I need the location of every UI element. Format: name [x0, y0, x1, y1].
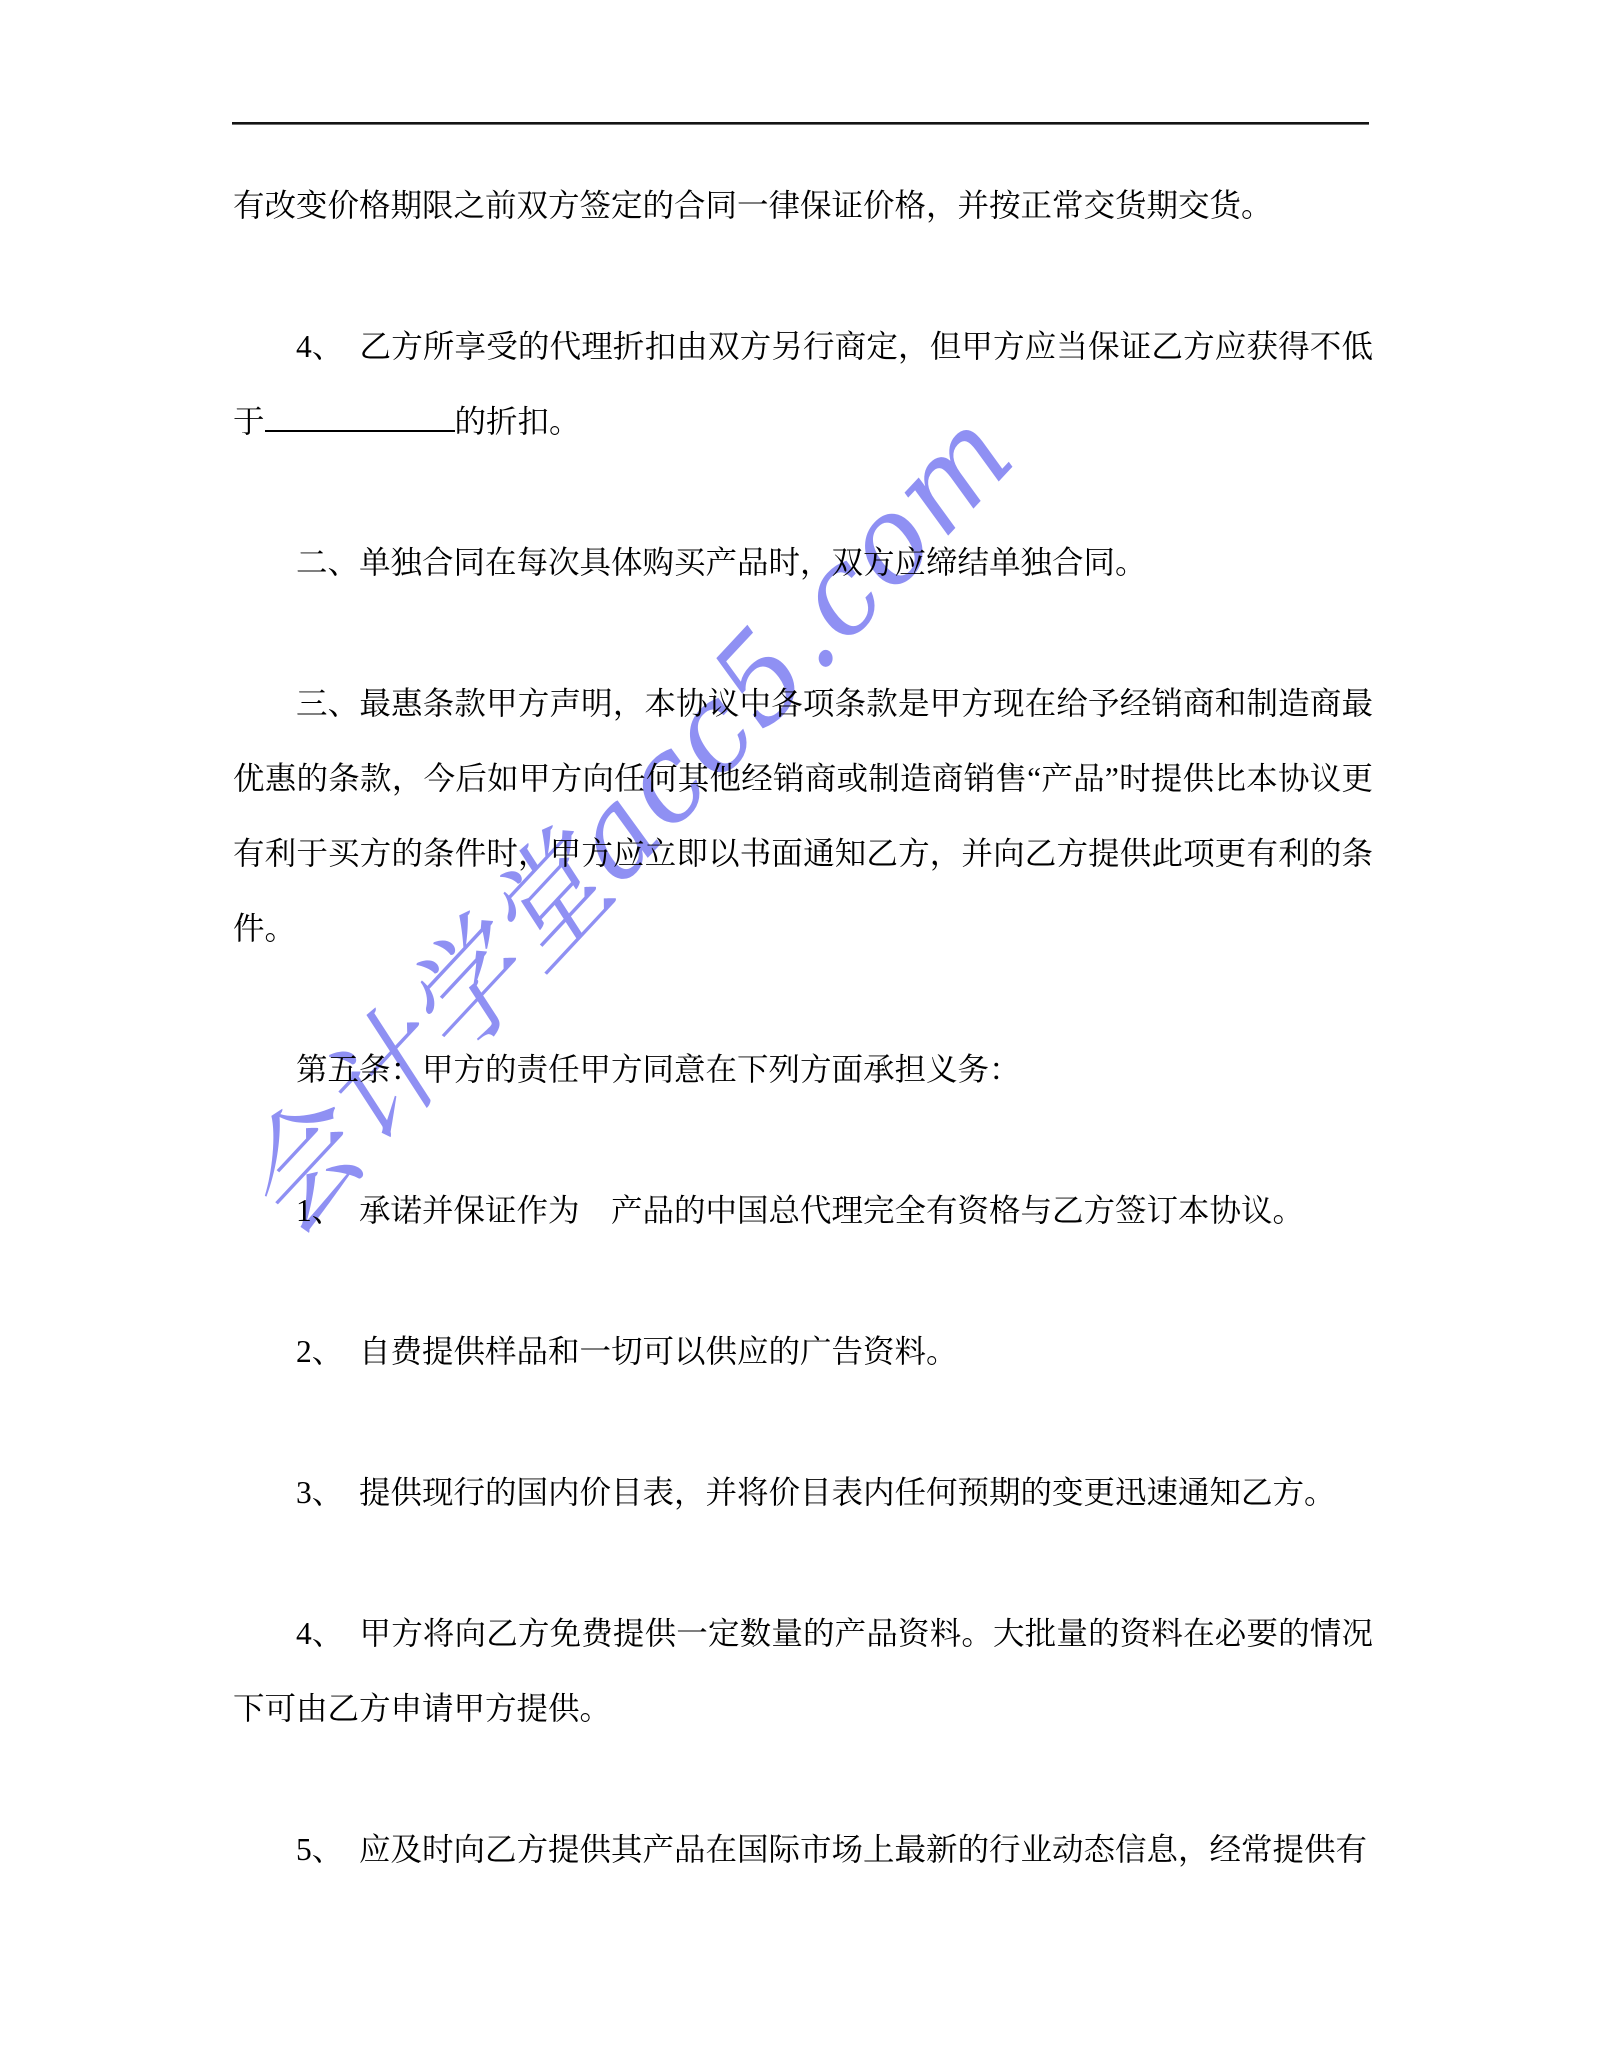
paragraph-agency-discount: 4、 乙方所享受的代理折扣由双方另行商定，但甲方应当保证乙方应获得不低于的折扣。: [233, 309, 1373, 459]
paragraph-duty-2: 2、 自费提供样品和一切可以供应的广告资料。: [233, 1314, 1373, 1389]
header-rule: [232, 122, 1369, 125]
paragraph-duty-5: 5、 应及时向乙方提供其产品在国际市场上最新的行业动态信息，经常提供有: [233, 1812, 1373, 1887]
paragraph-duty-4: 4、 甲方将向乙方免费提供一定数量的产品资料。大批量的资料在必要的情况下可由乙方…: [233, 1596, 1373, 1746]
paragraph-most-favored-terms: 三、最惠条款甲方声明，本协议中各项条款是甲方现在给予经销商和制造商最优惠的条款，…: [233, 666, 1373, 966]
paragraph-duty-3: 3、 提供现行的国内价目表，并将价目表内任何预期的变更迅速通知乙方。: [233, 1455, 1373, 1530]
fill-in-blank: [265, 402, 455, 432]
document-body: 有改变价格期限之前双方签定的合同一律保证价格，并按正常交货期交货。 4、 乙方所…: [233, 168, 1373, 1953]
paragraph-duty-1: 1、 承诺并保证作为 产品的中国总代理完全有资格与乙方签订本协议。: [233, 1173, 1373, 1248]
paragraph-separate-contract: 二、单独合同在每次具体购买产品时，双方应缔结单独合同。: [233, 525, 1373, 600]
discount-text-after-blank: 的折扣。: [455, 404, 581, 439]
document-page: 会计学堂acc5.com 有改变价格期限之前双方签定的合同一律保证价格，并按正常…: [0, 0, 1600, 2070]
paragraph-price-guarantee: 有改变价格期限之前双方签定的合同一律保证价格，并按正常交货期交货。: [233, 168, 1373, 243]
paragraph-article5-heading: 第五条：甲方的责任甲方同意在下列方面承担义务：: [233, 1032, 1373, 1107]
